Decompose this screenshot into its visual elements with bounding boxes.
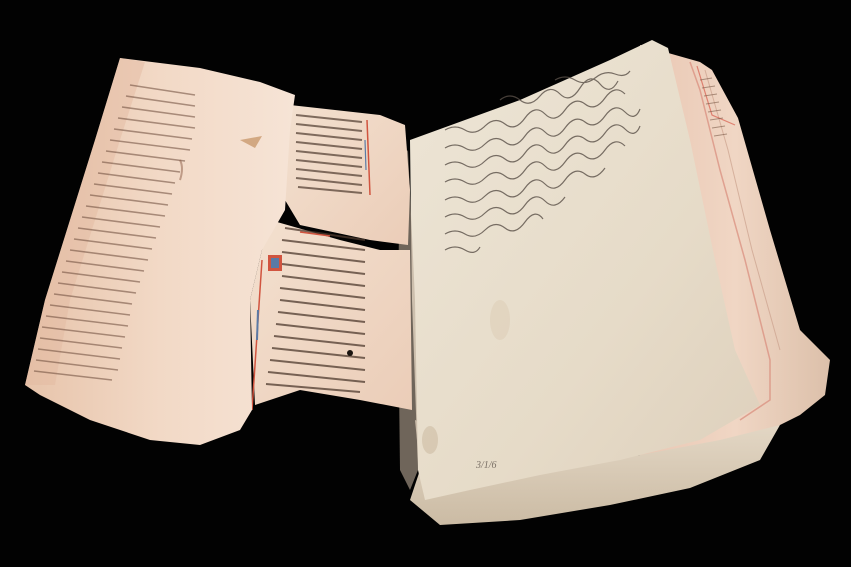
manuscript-illustration: 3/1/6 xyxy=(0,0,851,567)
folio-mark: 3/1/6 xyxy=(475,460,497,471)
manuscript-photo: Open medieval manuscript book with torn,… xyxy=(0,0,851,567)
